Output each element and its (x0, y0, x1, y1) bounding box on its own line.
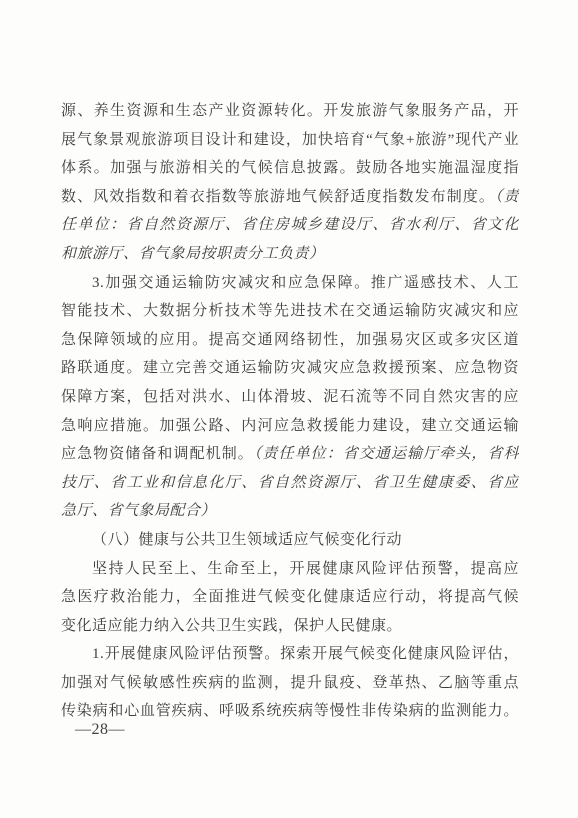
text-line: 展气象景观旅游项目设计和建设，加快培育“气象+旅游”现代产业 (61, 126, 519, 155)
text-line: 传染病和心血管疾病、呼吸系统疾病等慢性非传染病的监测能力。 (61, 697, 519, 726)
text-line: 急医疗救治能力，全面推进气候变化健康适应行动，将提高气候 (61, 583, 519, 612)
text-line: 1.开展健康风险评估预警。探索开展气候变化健康风险评估， (61, 640, 519, 669)
responsible-unit-text: 任单位：省自然资源厅、省住房城乡建设厅、省水利厅、省文化 (61, 217, 519, 233)
text-line: 加强对气候敏感性疾病的监测，提升鼠疫、登革热、乙脑等重点 (61, 669, 519, 698)
responsible-unit-text: 技厅、省工业和信息化厅、省自然资源厅、省卫生健康委、省应 (61, 475, 519, 491)
body-text: （八）健康与公共卫生领域适应气候变化行动 (92, 532, 402, 548)
body-text: 3.加强交通运输防灾减灾和应急保障。推广遥感技术、人工 (92, 275, 519, 291)
body-text: 展气象景观旅游项目设计和建设，加快培育“气象+旅游”现代产业 (61, 132, 519, 148)
text-line: 3.加强交通运输防灾减灾和应急保障。推广遥感技术、人工 (61, 269, 519, 298)
text-line: 源、养生资源和生态产业资源转化。开发旅游气象服务产品，开 (61, 97, 519, 126)
body-text: 源、养生资源和生态产业资源转化。开发旅游气象服务产品，开 (61, 103, 519, 119)
body-text: 急医疗救治能力，全面推进气候变化健康适应行动，将提高气候 (61, 589, 519, 605)
text-line: 应急物资储备和调配机制。（责任单位：省交通运输厅牵头，省科 (61, 440, 519, 469)
body-text: 路联通度。建立完善交通运输防灾减灾应急救援预案、应急物资 (61, 360, 519, 376)
responsible-unit-text: （责 (495, 189, 519, 205)
text-line: 数、风效指数和着衣指数等旅游地气候舒适度指数发布制度。（责 (61, 183, 519, 212)
body-text: 数、风效指数和着衣指数等旅游地气候舒适度指数发布制度。 (61, 189, 495, 205)
text-line: 任单位：省自然资源厅、省住房城乡建设厅、省水利厅、省文化 (61, 211, 519, 240)
body-text: 急保障领域的应用。提高交通网络韧性，加强易灾区或多灾区道 (61, 332, 519, 348)
text-line: 急响应措施。加强公路、内河应急救援能力建设，建立交通运输 (61, 412, 519, 441)
text-line: 智能技术、大数据分析技术等先进技术在交通运输防灾减灾和应 (61, 297, 519, 326)
body-text: 1.开展健康风险评估预警。探索开展气候变化健康风险评估， (92, 646, 519, 662)
text-line: 路联通度。建立完善交通运输防灾减灾应急救援预案、应急物资 (61, 354, 519, 383)
responsible-unit-text: 急厅、省气象局配合） (61, 503, 216, 519)
text-line: 变化适应能力纳入公共卫生实践，保护人民健康。 (61, 612, 519, 641)
page-number: —28— (75, 720, 125, 740)
body-text: 坚持人民至上、生命至上，开展健康风险评估预警，提高应 (92, 561, 519, 577)
responsible-unit-text: 和旅游厅、省气象局按职责分工负责） (61, 246, 325, 262)
text-line: 坚持人民至上、生命至上，开展健康风险评估预警，提高应 (61, 555, 519, 584)
body-text: 加强对气候敏感性疾病的监测，提升鼠疫、登革热、乙脑等重点 (61, 675, 519, 691)
text-line: 保障方案，包括对洪水、山体滑坡、泥石流等不同自然灾害的应 (61, 383, 519, 412)
document-body: 源、养生资源和生态产业资源转化。开发旅游气象服务产品，开展气象景观旅游项目设计和… (61, 97, 519, 726)
text-line: 急厅、省气象局配合） (61, 497, 519, 526)
responsible-unit-text: （责任单位：省交通运输厅牵头，省科 (254, 446, 519, 462)
body-text: 应急物资储备和调配机制。 (61, 446, 254, 462)
body-text: 保障方案，包括对洪水、山体滑坡、泥石流等不同自然灾害的应 (61, 389, 519, 405)
text-line: 急保障领域的应用。提高交通网络韧性，加强易灾区或多灾区道 (61, 326, 519, 355)
body-text: 智能技术、大数据分析技术等先进技术在交通运输防灾减灾和应 (61, 303, 519, 319)
document-page: 源、养生资源和生态产业资源转化。开发旅游气象服务产品，开展气象景观旅游项目设计和… (0, 0, 578, 818)
text-line: 技厅、省工业和信息化厅、省自然资源厅、省卫生健康委、省应 (61, 469, 519, 498)
text-line: 体系。加强与旅游相关的气候信息披露。鼓励各地实施温湿度指 (61, 154, 519, 183)
body-text: 急响应措施。加强公路、内河应急救援能力建设，建立交通运输 (61, 418, 519, 434)
body-text: 体系。加强与旅游相关的气候信息披露。鼓励各地实施温湿度指 (61, 160, 519, 176)
text-line: 和旅游厅、省气象局按职责分工负责） (61, 240, 519, 269)
body-text: 变化适应能力纳入公共卫生实践，保护人民健康。 (61, 618, 402, 634)
text-line: （八）健康与公共卫生领域适应气候变化行动 (61, 526, 519, 555)
body-text: 传染病和心血管疾病、呼吸系统疾病等慢性非传染病的监测能力。 (61, 703, 519, 719)
